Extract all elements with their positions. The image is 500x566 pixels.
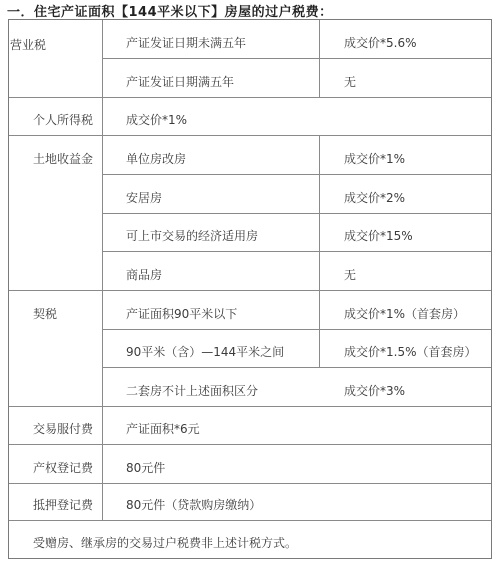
category-cell: 产权登记费	[33, 444, 93, 483]
condition-cell: 产证发证日期未满五年	[126, 20, 246, 58]
condition-cell: 可上市交易的经济适用房	[126, 213, 258, 251]
rate-cell: 无	[344, 58, 356, 97]
tax-fee-table: 营业税 产证发证日期未满五年 成交价*5.6% 产证发证日期满五年 无 个人所得…	[8, 19, 492, 559]
rate-cell: 成交价*1%（首套房）	[344, 290, 465, 329]
category-cell: 个人所得税	[33, 97, 93, 135]
category-cell: 抵押登记费	[33, 483, 93, 520]
condition-cell: 商品房	[126, 251, 162, 290]
category-cell: 契税	[33, 290, 57, 329]
category-cell: 土地收益金	[33, 135, 93, 174]
condition-cell: 产证面积*6元	[126, 406, 200, 444]
rate-cell: 成交价*1.5%（首套房）	[344, 329, 477, 367]
rate-cell: 成交价*1%	[344, 135, 405, 174]
condition-cell: 安居房	[126, 174, 162, 213]
page-title: 一．住宅产证面积【144平米以下】房屋的过户税费：	[7, 1, 333, 20]
condition-cell: 单位房改房	[126, 135, 186, 174]
condition-cell: 80元件	[126, 444, 165, 483]
rate-cell: 成交价*15%	[344, 213, 413, 251]
condition-cell: 二套房不计上述面积区分	[126, 367, 258, 406]
rate-cell: 成交价*2%	[344, 174, 405, 213]
condition-cell: 产证发证日期满五年	[126, 58, 234, 97]
condition-cell: 产证面积90平米以下	[126, 290, 237, 329]
category-cell: 交易服付费	[33, 406, 93, 444]
rate-cell: 无	[344, 251, 356, 290]
column-divider-1	[102, 20, 103, 520]
rate-cell: 成交价*5.6%	[344, 20, 417, 58]
condition-cell: 90平米（含）—144平米之间	[126, 329, 284, 367]
condition-cell: 80元件（贷款购房缴纳）	[126, 483, 261, 520]
category-cell: 营业税	[10, 34, 46, 54]
footnote: 受赠房、继承房的交易过户税费非上述计税方式。	[33, 520, 297, 558]
condition-cell: 成交价*1%	[126, 97, 187, 135]
rate-cell: 成交价*3%	[344, 367, 405, 406]
